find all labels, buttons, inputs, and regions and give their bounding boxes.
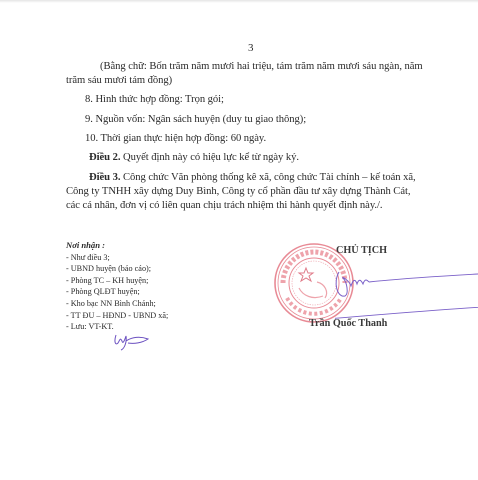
article-3-text-1: Công chức Văn phòng thống kê xã, công ch…	[120, 172, 415, 183]
amount-in-words-line-2: trăm sáu mươi tám đồng)	[66, 75, 172, 86]
signer-name: Trần Quốc Thanh	[309, 318, 387, 329]
recipient-item: - Phòng QLĐT huyện;	[66, 286, 168, 298]
article-3-line-3: các cá nhân, đơn vị có liên quan chịu tr…	[66, 200, 382, 211]
recipient-item: - Phòng TC – KH huyện;	[66, 275, 168, 287]
amount-in-words-line-1: (Bằng chữ: Bốn trăm năm mươi hai triệu, …	[100, 61, 423, 72]
page-number: 3	[248, 42, 254, 54]
initial-signature-icon	[112, 331, 152, 351]
item-8-contract-form: 8. Hình thức hợp đồng: Trọn gói;	[85, 94, 224, 105]
recipient-item: - Kho bạc NN Bình Chánh;	[66, 298, 168, 310]
article-2: Điều 2. Quyết định này có hiệu lực kể từ…	[89, 152, 299, 163]
recipient-item: - TT ĐU – HĐND - UBND xã;	[66, 310, 168, 322]
article-2-label: Điều 2.	[89, 152, 120, 163]
article-2-text: Quyết định này có hiệu lực kể từ ngày ký…	[120, 152, 299, 163]
scan-edge-shadow	[0, 0, 478, 3]
recipient-item: - Như điều 3;	[66, 252, 168, 264]
article-3-line-1: Điều 3. Công chức Văn phòng thống kê xã,…	[89, 172, 416, 183]
recipients-block: Nơi nhận : - Như điều 3; - UBND huyện (b…	[66, 240, 168, 333]
item-10-contract-duration: 10. Thời gian thực hiện hợp đồng: 60 ngà…	[85, 133, 266, 144]
recipients-title: Nơi nhận :	[66, 240, 168, 252]
article-3-label: Điều 3.	[89, 172, 120, 183]
recipient-item: - UBND huyện (báo cáo);	[66, 263, 168, 275]
signer-position: CHỦ TỊCH	[336, 245, 387, 256]
article-3-line-2: Công ty TNHH xây dựng Duy Bình, Công ty …	[66, 186, 410, 197]
item-9-funding-source: 9. Nguồn vốn: Ngân sách huyện (duy tu gi…	[85, 114, 306, 125]
